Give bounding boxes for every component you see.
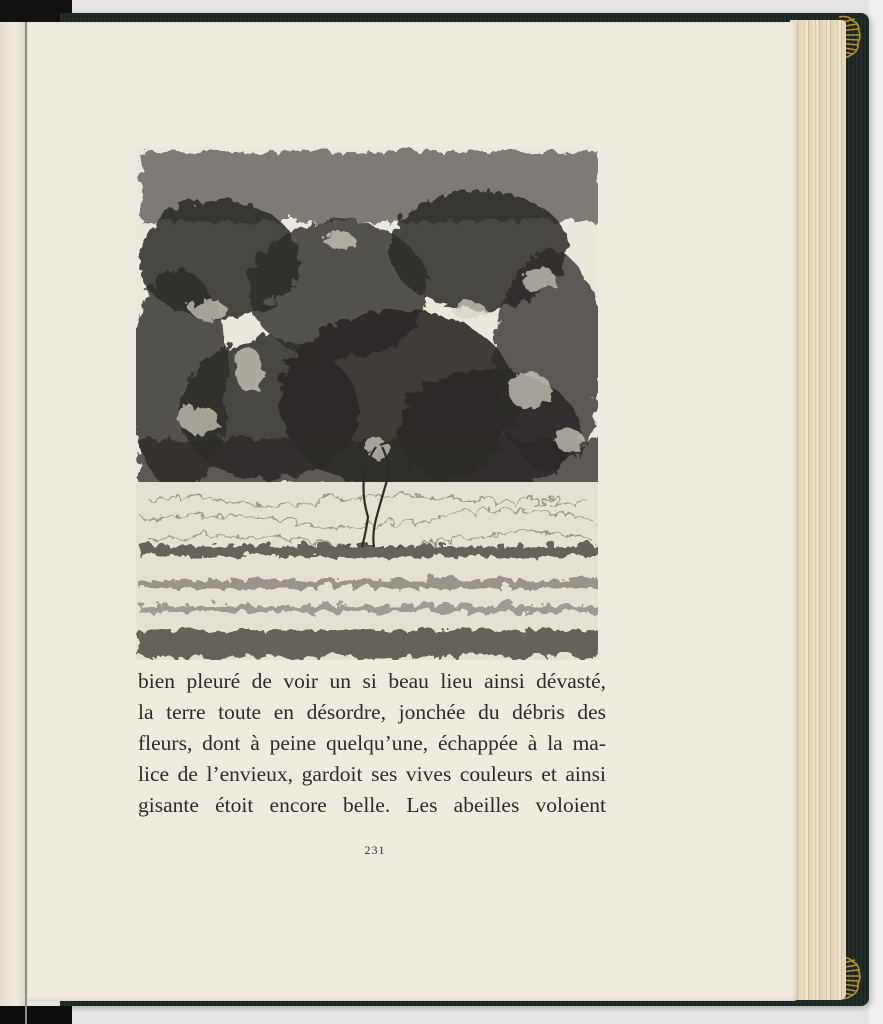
text-line: gisante étoit encore belle. Les abeilles… <box>138 790 606 821</box>
left-page-sliver <box>0 22 26 1006</box>
gutter-line <box>25 22 27 1024</box>
text-line: lice de l’envieux, gardoit ses vives cou… <box>138 759 606 790</box>
lithograph-illustration <box>136 147 598 660</box>
text-line: bien pleuré de voir un si beau lieu ains… <box>138 666 606 697</box>
text-line: fleurs, dont à peine quelqu’une, échappé… <box>138 728 606 759</box>
background-dark-bottom <box>0 1006 72 1024</box>
page-fore-edge <box>790 20 846 1000</box>
body-text: bien pleuré de voir un si beau lieu ains… <box>138 666 606 821</box>
text-line: la terre toute en désordre, jonchée du d… <box>138 697 606 728</box>
page-number: 231 <box>360 843 390 858</box>
landscape-figure-illustration <box>136 147 598 660</box>
background-right <box>869 0 883 1024</box>
